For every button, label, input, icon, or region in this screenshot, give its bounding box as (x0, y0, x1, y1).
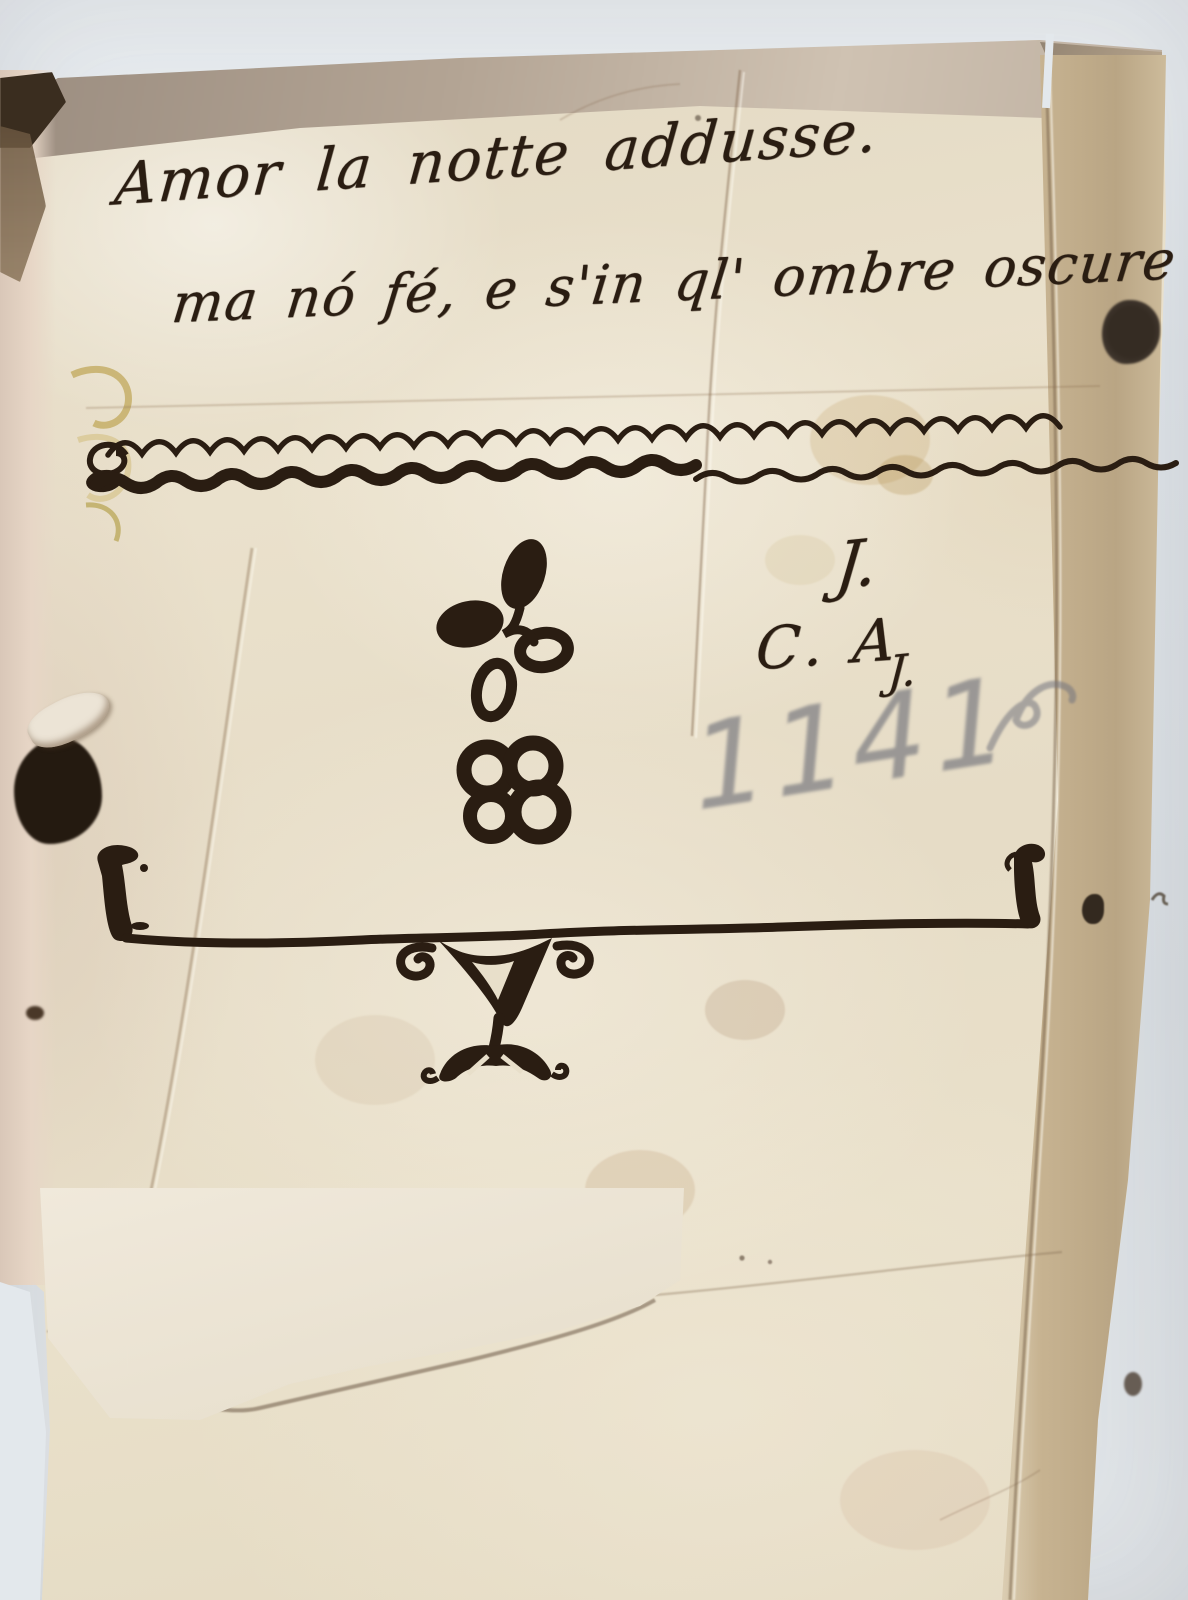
ink-speck (1124, 1372, 1142, 1396)
inscription-initial: J. (832, 525, 881, 605)
fleuron-tailpiece (372, 928, 617, 1088)
wavy-rule-ornament (60, 415, 1130, 510)
pencil-flourish (972, 664, 1087, 779)
photo-of-manuscript-cover: Amor la notte addusse. ma nó fé, e s'in … (0, 0, 1188, 1600)
ink-blot (1082, 894, 1104, 924)
ink-speck (26, 1006, 44, 1020)
pinwheel-flower-doodle (432, 532, 592, 737)
